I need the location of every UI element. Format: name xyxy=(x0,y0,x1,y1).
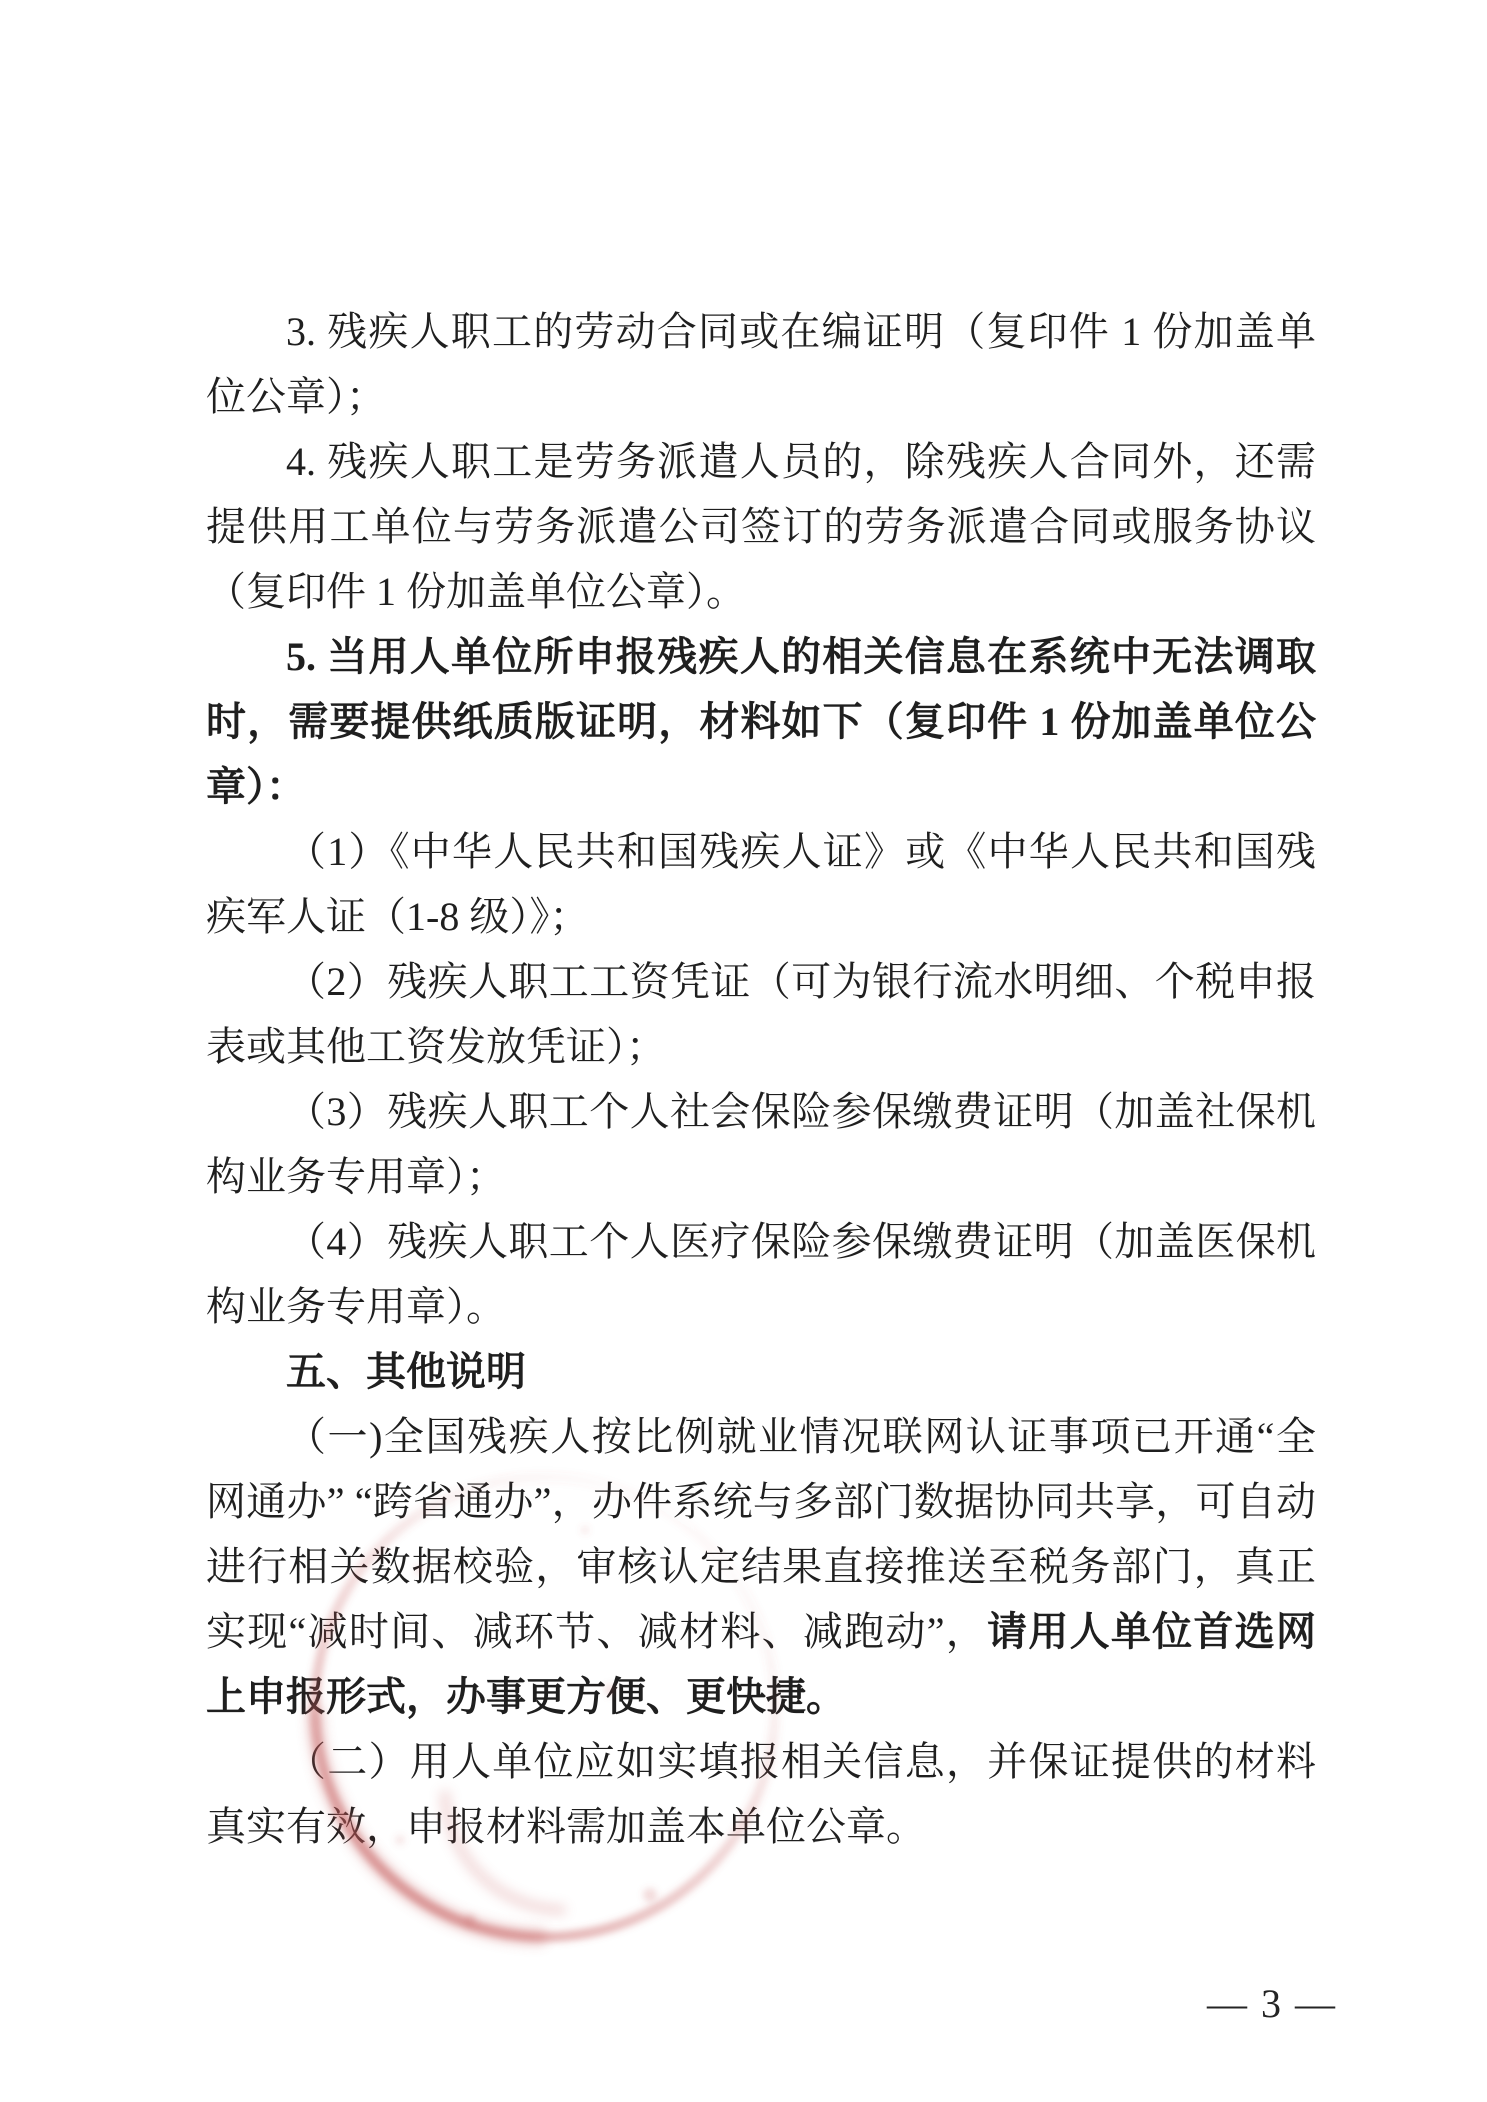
list-item-4: 4. 残疾人职工是劳务派遣人员的，除残疾人合同外，还需提供用工单位与劳务派遣公司… xyxy=(206,429,1316,624)
section-heading-other-notes: 五、其他说明 xyxy=(206,1339,1316,1404)
page-number: — 3 — xyxy=(1207,1982,1337,2026)
list-item-3: 3. 残疾人职工的劳动合同或在编证明（复印件 1 份加盖单位公章）； xyxy=(206,299,1316,429)
document-page: 3. 残疾人职工的劳动合同或在编证明（复印件 1 份加盖单位公章）； 4. 残疾… xyxy=(0,0,1487,2102)
document-body: 3. 残疾人职工的劳动合同或在编证明（复印件 1 份加盖单位公章）； 4. 残疾… xyxy=(206,299,1316,1859)
sub-item-4: （4）残疾人职工个人医疗保险参保缴费证明（加盖医保机构业务专用章）。 xyxy=(206,1209,1316,1339)
sub-item-1: （1）《中华人民共和国残疾人证》或《中华人民共和国残疾军人证（1-8 级）》； xyxy=(206,819,1316,949)
note-paragraph-2: （二）用人单位应如实填报相关信息，并保证提供的材料真实有效，申报材料需加盖本单位… xyxy=(206,1729,1316,1859)
list-item-5-important: 5. 当用人单位所申报残疾人的相关信息在系统中无法调取时，需要提供纸质版证明，材… xyxy=(206,624,1316,819)
sub-item-2: （2）残疾人职工工资凭证（可为银行流水明细、个税申报表或其他工资发放凭证）； xyxy=(206,949,1316,1079)
note-paragraph-1: （一)全国残疾人按比例就业情况联网认证事项已开通“全网通办” “跨省通办”，办件… xyxy=(206,1404,1316,1729)
sub-item-3: （3）残疾人职工个人社会保险参保缴费证明（加盖社保机构业务专用章）； xyxy=(206,1079,1316,1209)
